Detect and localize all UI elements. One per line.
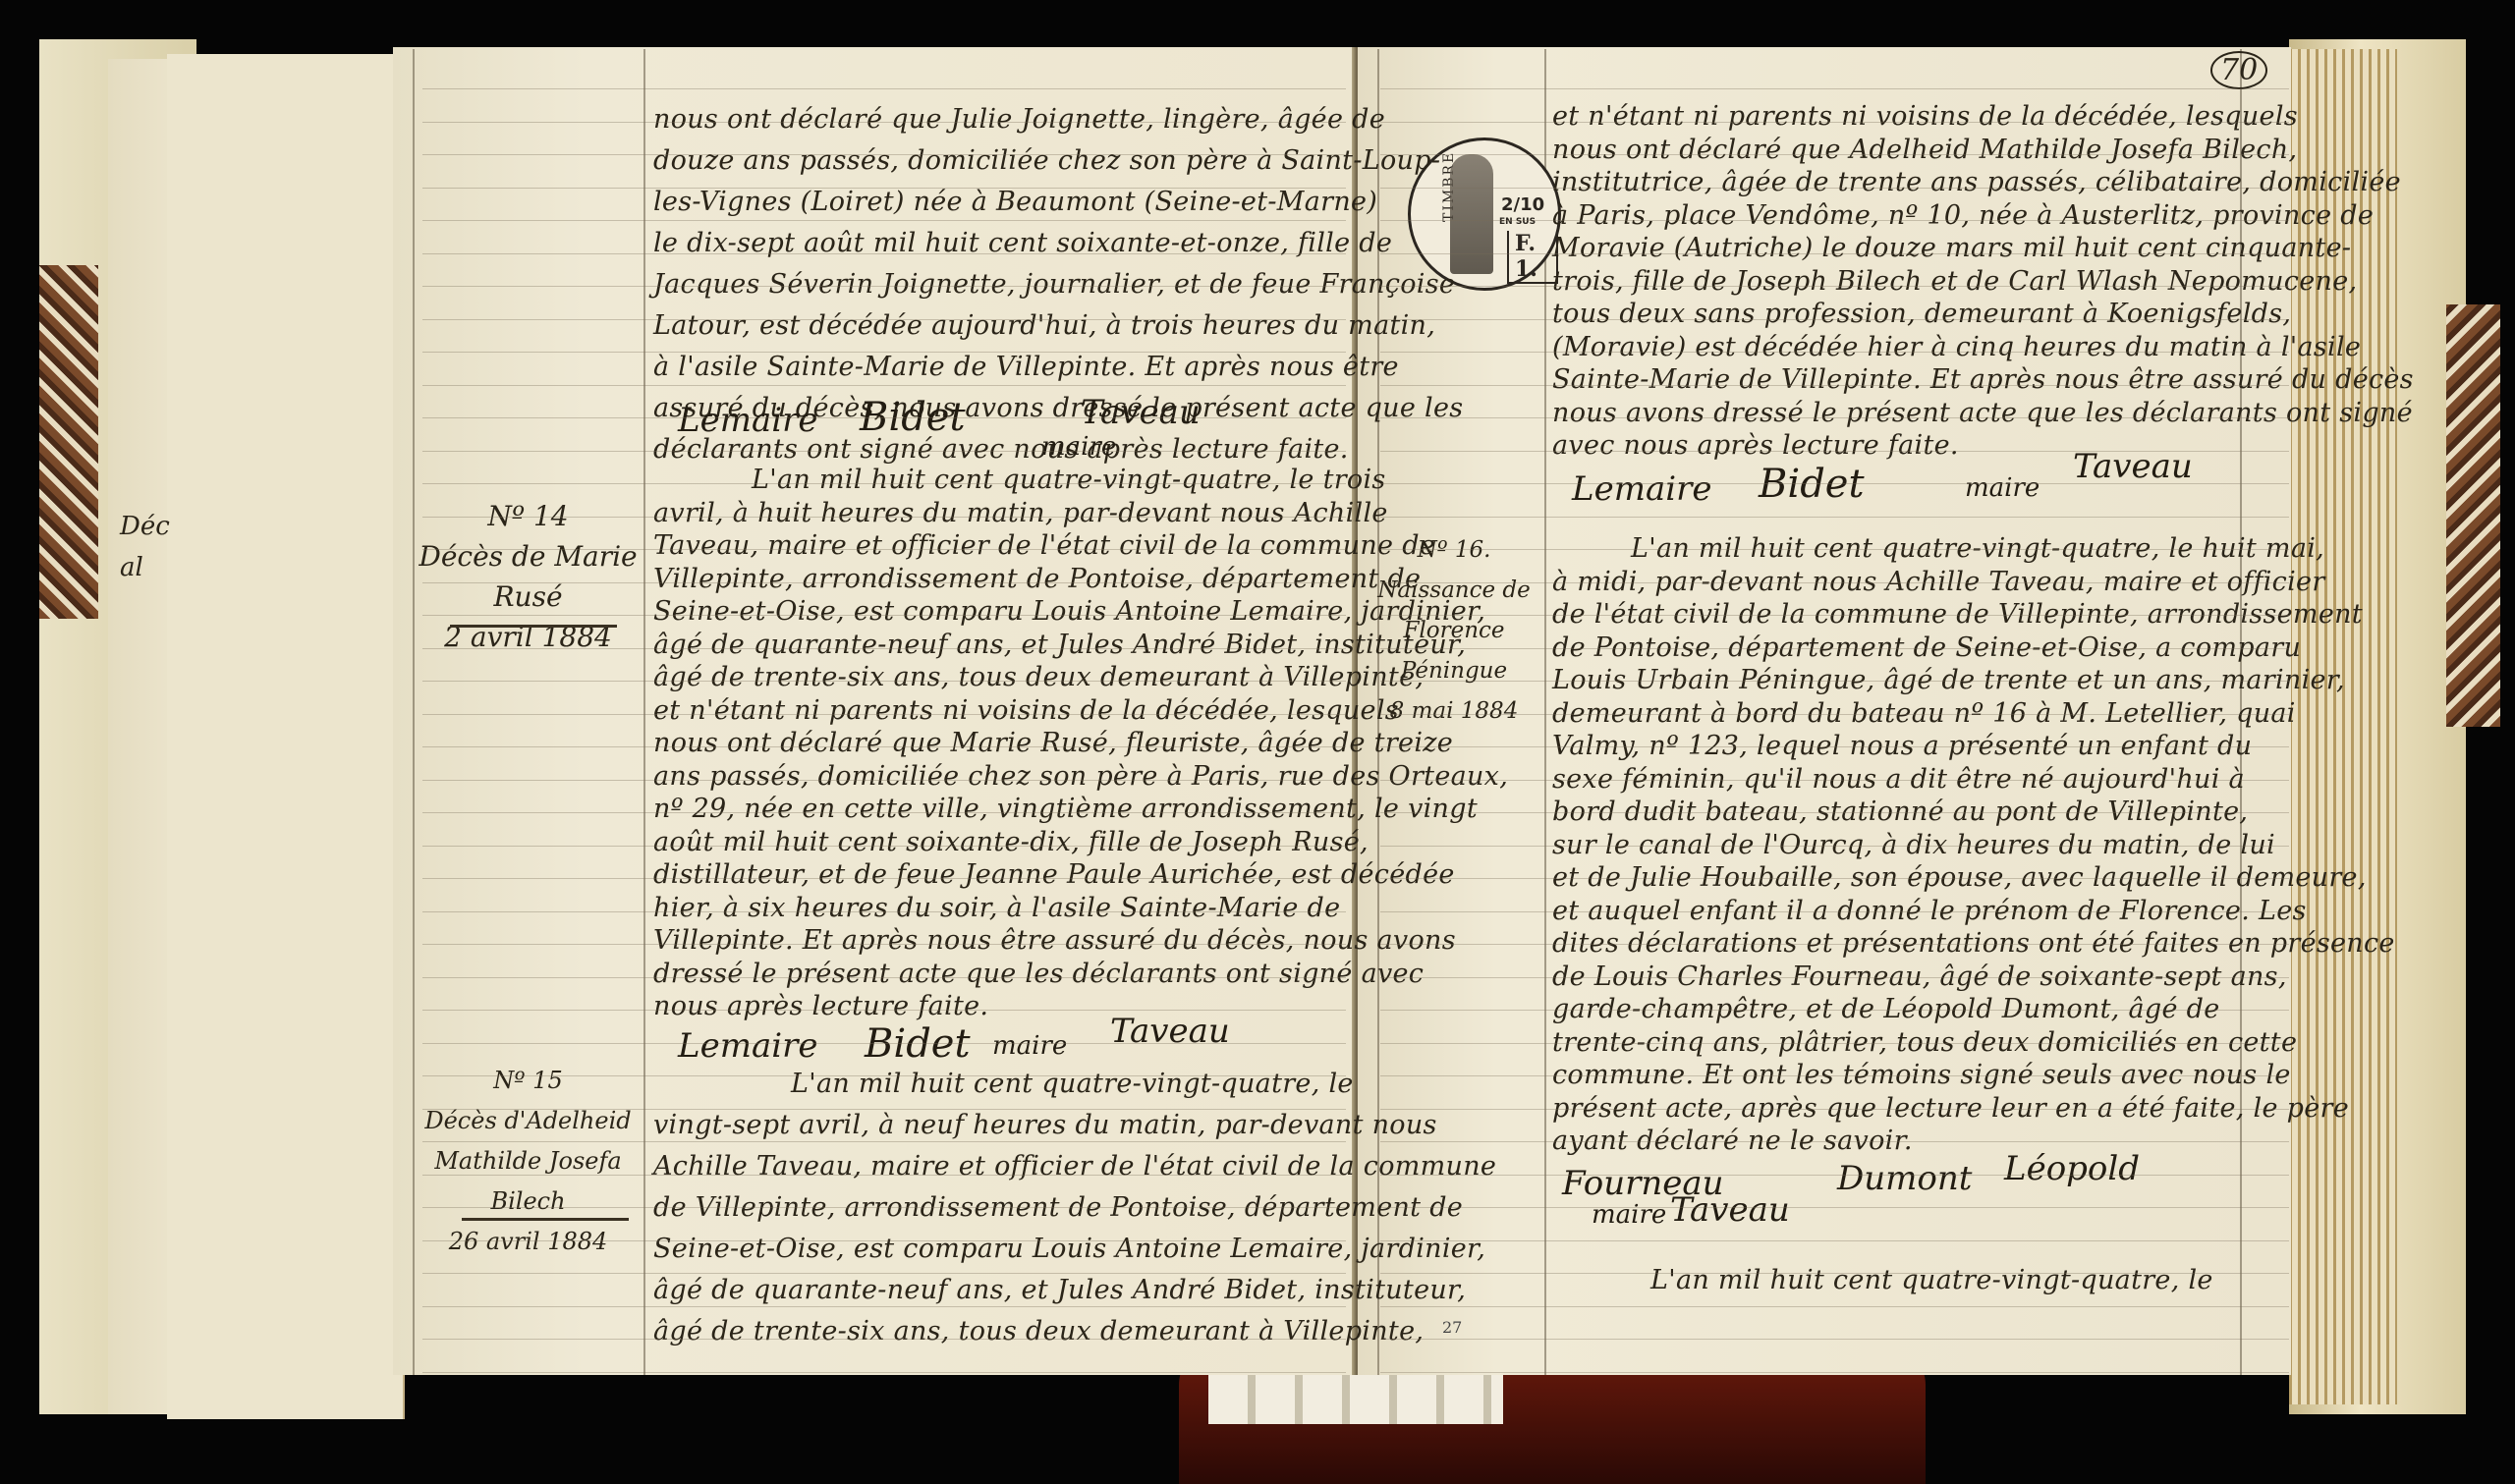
handwritten-line: trois, fille de Joseph Bilech et de Carl…: [1552, 268, 2357, 295]
handwritten-line: les-Vignes (Loiret) née à Beaumont (Sein…: [653, 189, 1377, 215]
signature-lemaire: Lemaire: [1572, 469, 1711, 509]
ruled-line: [1380, 1010, 2289, 1011]
ruled-line: [1380, 451, 2289, 452]
ruled-line: [1380, 286, 2289, 287]
ruled-line: [1380, 549, 2289, 550]
handwritten-line: tous deux sans profession, demeurant à K…: [1552, 301, 2291, 327]
handwritten-line: et n'étant ni parents ni voisins de la d…: [1552, 103, 2298, 130]
ruled-line: [422, 714, 1346, 715]
ruled-line: [1380, 846, 2289, 847]
handwritten-line: Moravie (Autriche) le douze mars mil hui…: [1552, 235, 2351, 261]
ruled-line: [422, 746, 1346, 747]
handwritten-line: âgé de trente-six ans, tous deux demeura…: [653, 664, 1424, 690]
ruled-line: [1380, 746, 2289, 747]
ruled-line: [422, 1306, 1346, 1307]
ruled-line: [1380, 1207, 2289, 1208]
ruled-line: [1380, 780, 2289, 781]
ruled-line: [1380, 385, 2289, 386]
ruled-line: [422, 417, 1346, 418]
signature-maire: maire: [1965, 473, 2040, 503]
margin-rule: [643, 49, 645, 1375]
ruled-line: [422, 582, 1346, 583]
ruled-line: [422, 1207, 1346, 1208]
ruled-line: [422, 615, 1346, 616]
ruled-line: [1380, 517, 2289, 518]
handwritten-line: distillateur, et de feue Jeanne Paule Au…: [653, 861, 1455, 888]
ruled-line: [422, 911, 1346, 912]
ruled-line: [422, 286, 1346, 287]
ruled-line: [422, 681, 1346, 682]
handwritten-line: âgé de quarante-neuf ans, et Jules André…: [653, 1277, 1466, 1303]
marbled-endpaper-left: [39, 265, 98, 619]
ruled-line: [422, 517, 1346, 518]
ruled-line: [1380, 122, 2289, 123]
handwritten-line: douze ans passés, domiciliée chez son pè…: [653, 147, 1440, 174]
ruled-line: [1380, 188, 2289, 189]
ruled-line: [1380, 1043, 2289, 1044]
handwritten-line: nous ont déclaré que Adelheid Mathilde J…: [1552, 137, 2297, 163]
handwritten-line: août mil huit cent soixante-dix, fille d…: [653, 829, 1369, 855]
stamp-en-sus: EN SUS: [1499, 217, 1536, 227]
ruled-line: [422, 451, 1346, 452]
handwritten-line: nº 29, née en cette ville, vingtième arr…: [653, 796, 1478, 822]
ruled-line: [422, 846, 1346, 847]
ruled-line: [1380, 878, 2289, 879]
ruled-line: [422, 1240, 1346, 1241]
handwritten-line: nous ont déclaré que Marie Rusé, fleuris…: [653, 730, 1453, 756]
ruled-line: [422, 253, 1346, 254]
ruled-line: [422, 648, 1346, 649]
signature-taveau: Taveau: [1110, 1012, 1230, 1051]
ruled-line: [422, 878, 1346, 879]
ruled-line: [1380, 911, 2289, 912]
margin-entry-15: Nº 15 Décès d'Adelheid Mathilde Josefa B…: [418, 1061, 639, 1262]
ruled-line: [1380, 944, 2289, 945]
ruled-line: [1380, 154, 2289, 155]
signature-lemaire: Lemaire: [678, 401, 817, 440]
ruled-line: [422, 1175, 1346, 1176]
ruled-line: [1380, 1141, 2289, 1142]
ruled-line: [422, 780, 1346, 781]
signature-maire: maire: [992, 1031, 1067, 1061]
handwritten-line: Sainte-Marie de Villepinte. Et après nou…: [1552, 366, 2414, 393]
handwritten-line: à l'asile Sainte-Marie de Villepinte. Et…: [653, 354, 1399, 380]
handwritten-line: institutrice, âgée de trente ans passés,…: [1552, 169, 2401, 195]
ruled-line: [422, 220, 1346, 221]
handwritten-line: Achille Taveau, maire et officier de l'é…: [653, 1153, 1496, 1180]
ruled-line: [422, 1109, 1346, 1110]
handwritten-line: Latour, est décédée aujourd'hui, à trois…: [653, 312, 1435, 339]
ruled-line: [422, 483, 1346, 484]
ruled-line: [1380, 319, 2289, 320]
handwritten-line: nous ont déclaré que Julie Joignette, li…: [653, 106, 1385, 133]
stamp-value: F. 1.: [1507, 231, 1558, 284]
handwritten-line: déclarants ont signé avec nous après lec…: [653, 436, 1349, 463]
signature-leopold: Léopold: [2004, 1149, 2140, 1188]
ruled-line: [422, 1372, 1346, 1373]
ruled-line: [422, 549, 1346, 550]
handwritten-line: (Moravie) est décédée hier à cinq heures…: [1552, 334, 2361, 360]
signature-taveau: Taveau: [1081, 393, 1201, 432]
handwritten-line: L'an mil huit cent quatre-vingt-quatre, …: [752, 467, 1386, 493]
ruled-line: [1380, 1075, 2289, 1076]
signature-bidet: Bidet: [865, 1021, 971, 1067]
handwritten-line: avec nous après lecture faite.: [1552, 432, 1959, 459]
handwritten-line: ans passés, domiciliée chez son père à P…: [653, 763, 1508, 790]
handwritten-line: avril, à huit heures du matin, par-devan…: [653, 500, 1388, 526]
handwritten-line: âgé de quarante-neuf ans, et Jules André…: [653, 632, 1466, 658]
signature-taveau: Taveau: [1670, 1190, 1790, 1230]
signature-dumont: Dumont: [1837, 1159, 1972, 1198]
ruled-line: [422, 1010, 1346, 1011]
handwritten-line: et n'étant ni parents ni voisins de la d…: [653, 697, 1399, 724]
ruled-line: [1380, 714, 2289, 715]
ruled-line: [422, 188, 1346, 189]
ruled-line: [422, 88, 1346, 89]
page-number: 27: [1442, 1318, 1462, 1337]
ruled-line: [1380, 220, 2289, 221]
ruled-line: [1380, 1339, 2289, 1340]
ruled-line: [422, 352, 1346, 353]
ruled-line: [1380, 648, 2289, 649]
ruled-line: [422, 1339, 1346, 1340]
ruled-line: [1380, 812, 2289, 813]
signature-lemaire: Lemaire: [678, 1026, 817, 1066]
handwritten-line: nous après lecture faite.: [653, 993, 988, 1019]
handwritten-line: Villepinte. Et après nous être assuré du…: [653, 927, 1456, 954]
signature-taveau: Taveau: [2073, 447, 2193, 486]
ruled-line: [1380, 352, 2289, 353]
margin-entry-14: Nº 14 Décès de Marie Rusé 2 avril 1884: [418, 496, 639, 657]
ruled-line: [1380, 483, 2289, 484]
ruled-line: [1380, 1175, 2289, 1176]
ruled-line: [422, 1043, 1346, 1044]
handwritten-line: âgé de trente-six ans, tous deux demeura…: [653, 1318, 1424, 1345]
margin-underline: [462, 1218, 629, 1221]
ruled-line: [422, 122, 1346, 123]
ruled-line: [422, 1141, 1346, 1142]
signature-maire: maire: [1041, 432, 1116, 462]
margin-entry-16: Nº 16. Naissance de Florence Péningue 8 …: [1356, 530, 1552, 732]
ruled-line: [422, 319, 1346, 320]
ruled-line: [422, 977, 1346, 978]
signature-bidet: Bidet: [1759, 462, 1865, 507]
ruled-line: [1380, 977, 2289, 978]
handwritten-line: vingt-sept avril, à neuf heures du matin…: [653, 1112, 1437, 1138]
ruled-line: [422, 1273, 1346, 1274]
handwritten-line: Jacques Séverin Joignette, journalier, e…: [653, 271, 1455, 298]
ruled-line: [1380, 1372, 2289, 1373]
handwritten-line: nous avons dressé le présent acte que le…: [1552, 400, 2413, 426]
ruled-line: [1380, 1109, 2289, 1110]
next-entry-start: L'an mil huit cent quatre-vingt-quatre, …: [1650, 1267, 2213, 1293]
stamp-fraction: 2/10: [1501, 194, 1544, 215]
handwritten-line: Villepinte, arrondissement de Pontoise, …: [653, 566, 1421, 592]
ruled-line: [422, 385, 1346, 386]
ruled-line: [422, 812, 1346, 813]
ruled-line: [1380, 1306, 2289, 1307]
margin-underline: [450, 625, 617, 628]
ruled-line: [1380, 88, 2289, 89]
margin-rule: [413, 49, 415, 1375]
ruled-line: [422, 1075, 1346, 1076]
ruled-line: [1380, 1240, 2289, 1241]
page-stub-inner: [167, 54, 405, 1419]
handwritten-line: Taveau, maire et officier de l'état civi…: [653, 532, 1435, 559]
ruled-line: [1380, 1273, 2289, 1274]
ruled-line: [1380, 681, 2289, 682]
ruled-line: [422, 154, 1346, 155]
ruled-line: [1380, 582, 2289, 583]
folio-number: 70: [2210, 51, 2267, 89]
ruled-line: [422, 944, 1346, 945]
ruled-line: [1380, 615, 2289, 616]
handwritten-line: hier, à six heures du soir, à l'asile Sa…: [653, 895, 1340, 921]
handwritten-line: à Paris, place Vendôme, nº 10, née à Aus…: [1552, 202, 2374, 229]
marbled-endpaper-right: [2446, 304, 2500, 727]
signature-maire: maire: [1592, 1200, 1666, 1230]
ruled-line: [1380, 253, 2289, 254]
stub-text: Déc al: [120, 506, 170, 588]
justice-figure-icon: [1450, 154, 1493, 274]
handwritten-line: dressé le présent acte que les déclarant…: [653, 961, 1424, 987]
ruled-line: [1380, 417, 2289, 418]
